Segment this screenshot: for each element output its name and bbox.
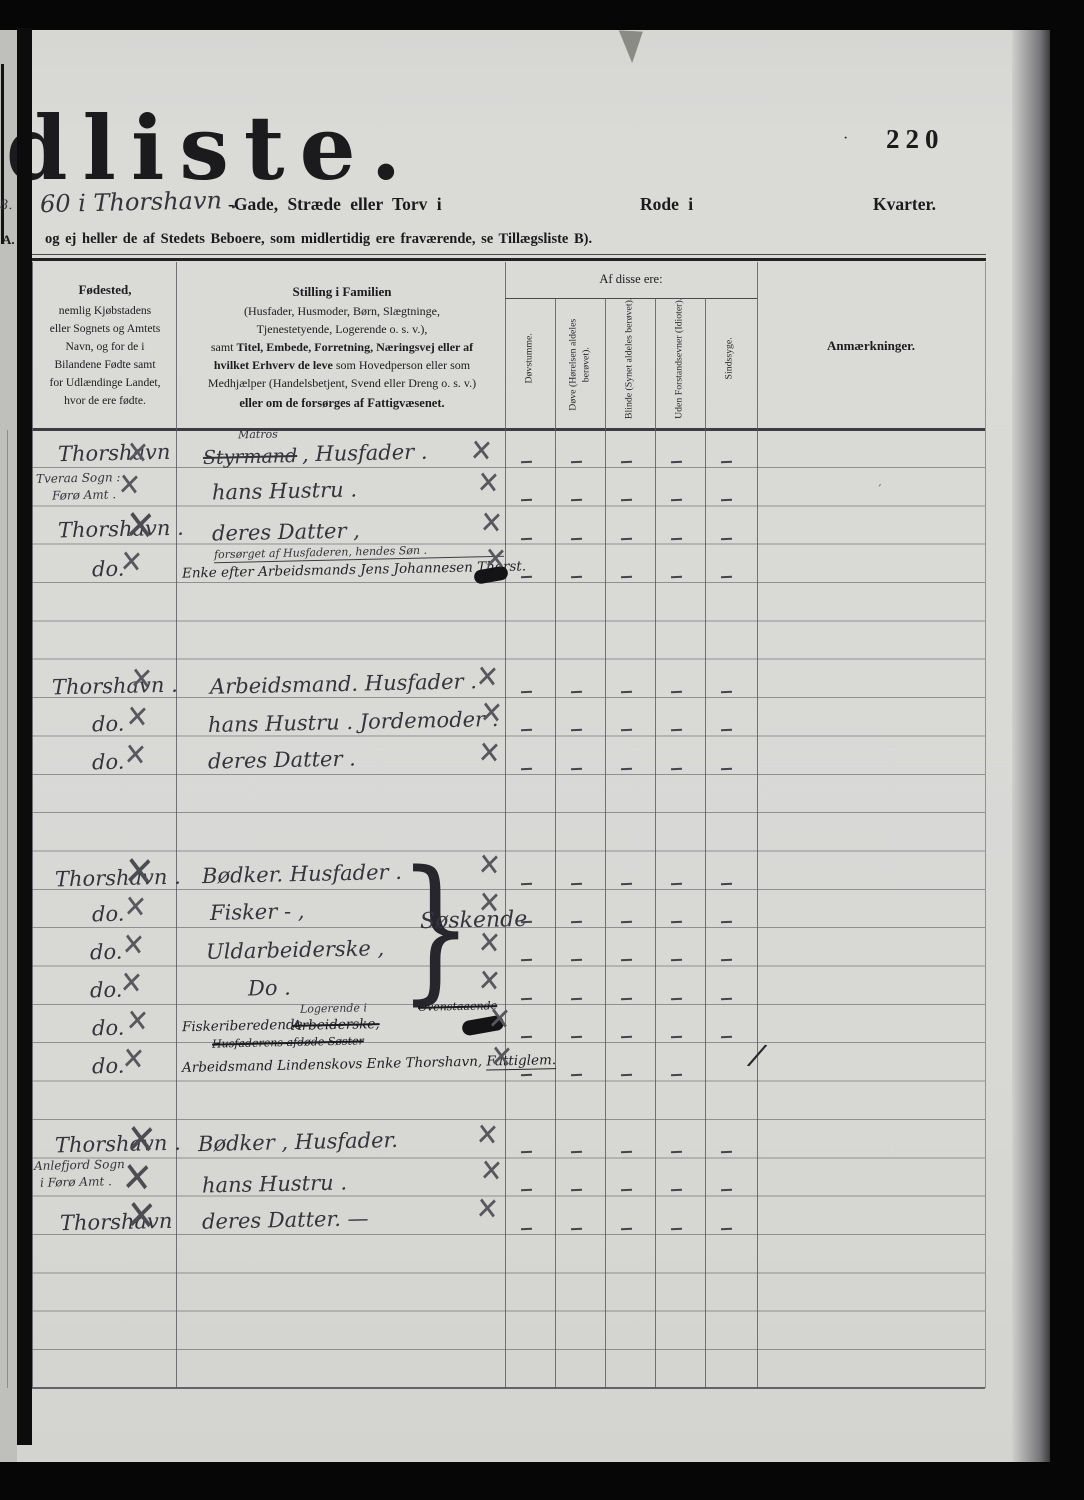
entry-birthplace: Thorshavn (58, 440, 171, 466)
x-mark: ✕ (475, 1191, 500, 1228)
entry-occupation: deres Datter. — (202, 1206, 369, 1233)
x-mark: ✕ (483, 541, 508, 578)
x-mark: ✕ (479, 695, 504, 732)
entry-group-label: Søskende (420, 907, 528, 934)
header-position-l7: eller om de forsørges af Fattigvæsenet. (182, 396, 502, 411)
x-mark: ✕ (119, 965, 144, 1002)
scanned-census-page: dliste. 220 · 8. 5 A. 60 i Thorshavn . -… (0, 0, 1084, 1500)
entry-occupation: Fisker - , (210, 899, 305, 925)
header-birthplace-body: nemlig Kjøbstadens eller Sognets og Amte… (36, 302, 174, 410)
entry-annotation: Logerende i (300, 1001, 367, 1015)
col-border (176, 262, 177, 1388)
entry-struck-word: Arbeiderske, (292, 1016, 380, 1034)
page-title-fragment: dliste. (6, 96, 416, 200)
x-mark: ✕ (487, 1001, 512, 1038)
x-mark: ✕ (479, 1153, 504, 1190)
table-top-rule-thick (30, 258, 986, 261)
x-mark: ✕ (123, 889, 148, 926)
street-handwritten: 60 i Thorshavn . (40, 186, 238, 218)
book-spine-bar (17, 28, 32, 1445)
x-mark: ✕ (117, 467, 142, 504)
x-mark: ✕ (129, 661, 154, 698)
header-col-deaf: Døve (Hørelsen aldeles berøvet). (567, 303, 592, 427)
margin-fragment-a: A. (2, 232, 15, 248)
header-position-l4a: samt (211, 340, 237, 354)
entry-occupation: hans Hustru . (212, 477, 357, 504)
entry-occupation: Do . (248, 976, 291, 1001)
entry-occupation: Bødker. Husfader . (202, 860, 402, 888)
header-remarks: Anmærkninger. (757, 338, 985, 354)
col-border (705, 298, 706, 1388)
x-mark: ✕ (124, 1192, 157, 1241)
x-mark: ✕ (121, 927, 146, 964)
x-mark: ✕ (477, 925, 502, 962)
header-position-l4b: Titel, Embede, Forretning, Næringsvej el… (237, 340, 474, 354)
x-mark: ✕ (477, 735, 502, 772)
entry-occupation: deres Datter , (212, 518, 360, 545)
x-mark: ✕ (125, 1003, 150, 1040)
entry-birthplace: Anlefjord Sogn (34, 1157, 125, 1173)
page-fold-mark-icon (617, 30, 643, 63)
header-position-l1: Stilling i Familien (182, 284, 502, 300)
entry-struck-word: Ovenstaaende (418, 999, 497, 1014)
x-mark: ✕ (479, 505, 504, 542)
header-position-l4: samt Titel, Embede, Forretning, Næringsv… (182, 340, 502, 355)
entry-birthplace: do. (92, 902, 125, 927)
page-number-dot: · (843, 130, 848, 148)
scan-border-bottom (0, 1462, 1084, 1500)
entry-birthplace: Førø Amt . (52, 487, 116, 502)
entry-birthplace: Thorshavn . (52, 673, 178, 700)
header-position-l2: (Husfader, Husmoder, Børn, Slægtninge, (182, 304, 502, 319)
x-mark: ✕ (475, 1117, 500, 1154)
entry-birthplace: Thorshavn . (58, 516, 184, 543)
col-border (655, 298, 656, 1388)
x-mark: ✕ (119, 544, 144, 581)
entry-occupation: , Husfader . (302, 440, 428, 467)
header-col-insane: Sindssyge. (724, 296, 737, 420)
entry-struck-word: Styrmand (203, 445, 298, 469)
x-mark: ✕ (123, 737, 148, 774)
entry-birthplace: i Førø Amt . (40, 1174, 112, 1190)
x-mark: ✕ (475, 659, 500, 696)
entry-inserted-word: Matros (238, 428, 278, 442)
entry-birthplace: do. (90, 940, 123, 965)
x-mark: ✕ (121, 1041, 146, 1078)
scan-border-top (0, 0, 1084, 30)
entry-birthplace: do. (92, 712, 125, 737)
header-position-l5b: som Hovedperson eller som (333, 358, 470, 372)
header-position-l5a: hvilket Erhverv de leve (214, 358, 333, 372)
entry-birthplace: Tveraa Sogn : (36, 470, 121, 486)
col-border (32, 262, 33, 1388)
x-mark: ✕ (125, 699, 150, 736)
street-label: -Gade, Stræde eller Torv i (228, 194, 442, 215)
entry-occupation: Uldarbeiderske , (206, 936, 385, 964)
right-page-shadow (1012, 30, 1052, 1462)
header-position-l3: Tjenestetyende, Logerende o. s. v.), (182, 322, 502, 337)
header-col-deaf-mute: Døvstumme. (524, 296, 537, 420)
note-line: og ej heller de af Stedets Beboere, som … (45, 231, 592, 248)
header-position-l6: Medhjælper (Handelsbetjent, Svend eller … (182, 376, 502, 391)
entry-birthplace: Thorshavn . (55, 1131, 181, 1158)
col-border (605, 298, 606, 1388)
x-mark: ✕ (477, 963, 502, 1000)
ink-speck: ’ (878, 482, 882, 495)
x-mark: ✕ (477, 885, 502, 922)
x-mark: ✕ (489, 1039, 514, 1076)
header-col-idiots: Uden Forstandsevner (Idioter). (674, 296, 687, 420)
scan-border-right (1050, 0, 1084, 1500)
entry-birthplace: do. (92, 1054, 125, 1079)
header-col-blind: Blinde (Synet aldeles berøvet). (624, 296, 637, 420)
x-mark: ✕ (476, 465, 501, 502)
col-border (505, 262, 506, 1388)
page-number: 220 (886, 124, 945, 155)
col-border (555, 298, 556, 1388)
entry-birthplace: Thorshavn . (55, 865, 181, 892)
table-right-border (985, 262, 986, 1388)
entry-occupation: hans Hustru . (202, 1170, 347, 1197)
header-position-l5: hvilket Erhverv de leve som Hovedperson … (182, 358, 502, 373)
rode-label: Rode i (640, 194, 693, 215)
entry-occupation: deres Datter . (208, 746, 356, 773)
entry-occupation: Fiskeriberedende (182, 1017, 303, 1036)
entry-occupation: Bødker , Husfader. (198, 1128, 398, 1156)
x-mark: ✕ (125, 435, 150, 472)
header-bottom-rule (32, 428, 985, 431)
header-span-title: Af disse ere: (505, 272, 757, 287)
kvarter-label: Kvarter. (873, 194, 936, 215)
entry-birthplace: do. (92, 750, 125, 775)
underlying-page-line (7, 430, 8, 1388)
header-birthplace-title: Fødested, (40, 282, 170, 298)
col-border (757, 262, 758, 1388)
entry-birthplace: do. (90, 978, 123, 1003)
table-top-rule-thin (30, 254, 986, 255)
x-mark: ✕ (477, 847, 502, 884)
entry-birthplace: do. (92, 1016, 125, 1041)
left-edge-line (1, 64, 4, 244)
